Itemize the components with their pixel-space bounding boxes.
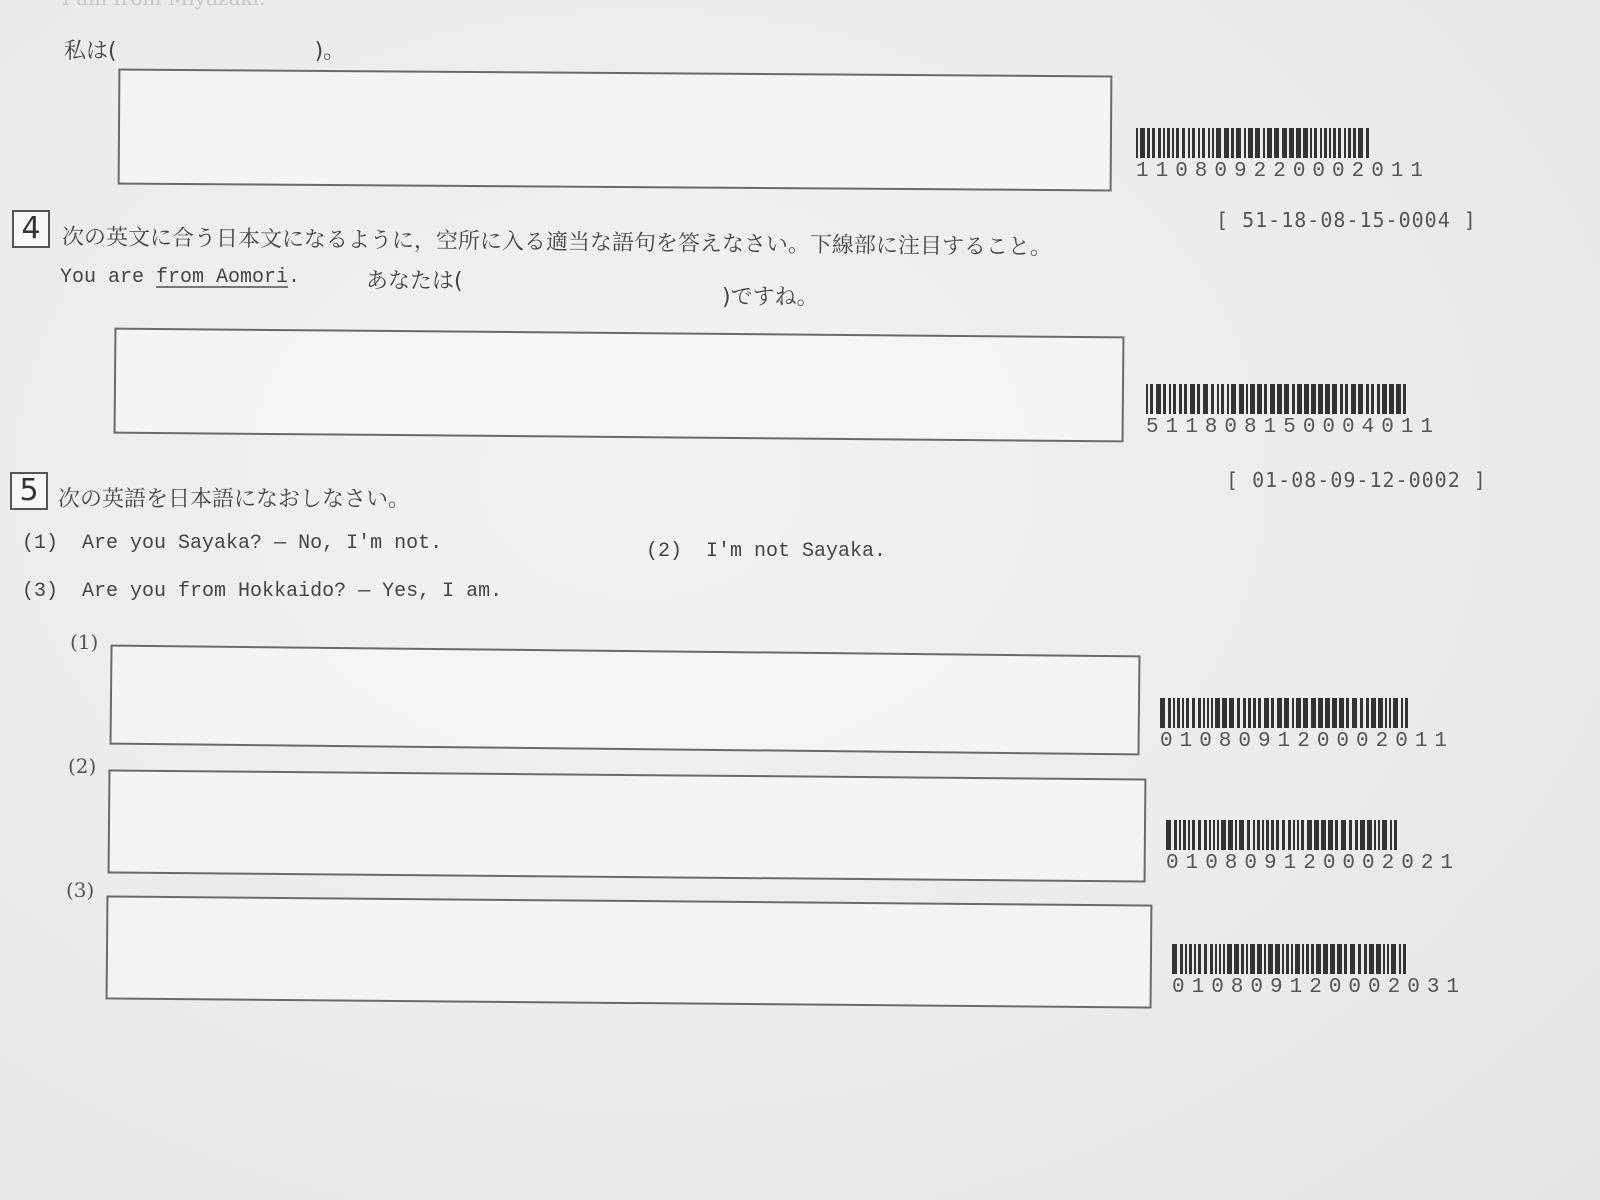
barcode-bars	[1172, 944, 1466, 974]
q4-barcode: 511808150004011	[1146, 384, 1440, 439]
q4-instruction: 次の英文に合う日本文になるように，空所に入る適当な語句を答えなさい。下線部に注目…	[62, 220, 1052, 261]
q5-item-text: Are you from Hokkaido? — Yes, I am.	[82, 580, 502, 603]
previous-japanese-line: 私は( )。	[64, 34, 345, 65]
q4-english-sentence: You are from Aomori.	[60, 266, 300, 289]
q5-answer-box-2[interactable]	[108, 769, 1147, 882]
q4-english-prefix: You are	[60, 266, 156, 289]
q5-item-2: (2) I'm not Sayaka.	[646, 540, 886, 563]
barcode-bars	[1166, 820, 1460, 850]
q5-answer-box-1[interactable]	[110, 645, 1141, 756]
q4-answer-box[interactable]	[114, 328, 1125, 443]
q5-answer-box-3[interactable]	[106, 895, 1153, 1008]
q5-instruction: 次の英語を日本語になおしなさい。	[58, 482, 410, 513]
barcode-bars	[1160, 698, 1454, 728]
previous-english-fragment: I am from Miyazaki.	[62, 0, 265, 10]
q4-japanese-suffix: )ですね。	[722, 280, 819, 311]
q5-item-label: (1)	[22, 532, 58, 555]
q5-answer-label-1: (1)	[70, 630, 98, 654]
barcode-number: 511808150004011	[1146, 416, 1440, 439]
q5-barcode-3: 010809120002031	[1172, 944, 1466, 999]
q5-item-text: I'm not Sayaka.	[706, 540, 886, 563]
barcode-number: 010809120002011	[1160, 730, 1454, 753]
barcode-number: 010809120002031	[1172, 976, 1466, 999]
q5-item-label: (2)	[646, 540, 682, 563]
previous-barcode: 110809220002011	[1136, 128, 1430, 183]
question-number-4: 4	[12, 210, 50, 248]
q5-answer-label-3: (3)	[66, 878, 94, 902]
q4-english-suffix: .	[288, 266, 300, 289]
previous-answer-box[interactable]	[118, 69, 1113, 192]
q5-answer-label-2: (2)	[68, 754, 96, 778]
q5-code: [ 01-08-09-12-0002 ]	[1226, 468, 1487, 492]
question-number-5: 5	[10, 472, 48, 510]
barcode-number: 110809220002011	[1136, 160, 1430, 183]
q5-barcode-2: 010809120002021	[1166, 820, 1460, 875]
barcode-number: 010809120002021	[1166, 852, 1460, 875]
q4-japanese-prefix: あなたは(	[366, 264, 463, 295]
q4-english-underlined: from Aomori	[156, 266, 288, 289]
q5-barcode-1: 010809120002011	[1160, 698, 1454, 753]
barcode-bars	[1146, 384, 1440, 414]
q4-code: [ 51-18-08-15-0004 ]	[1216, 208, 1477, 232]
q5-item-3: (3) Are you from Hokkaido? — Yes, I am.	[22, 580, 502, 603]
q5-item-1: (1) Are you Sayaka? — No, I'm not.	[22, 532, 442, 555]
q5-item-text: Are you Sayaka? — No, I'm not.	[82, 532, 442, 555]
barcode-bars	[1136, 128, 1430, 158]
q5-item-label: (3)	[22, 580, 58, 603]
